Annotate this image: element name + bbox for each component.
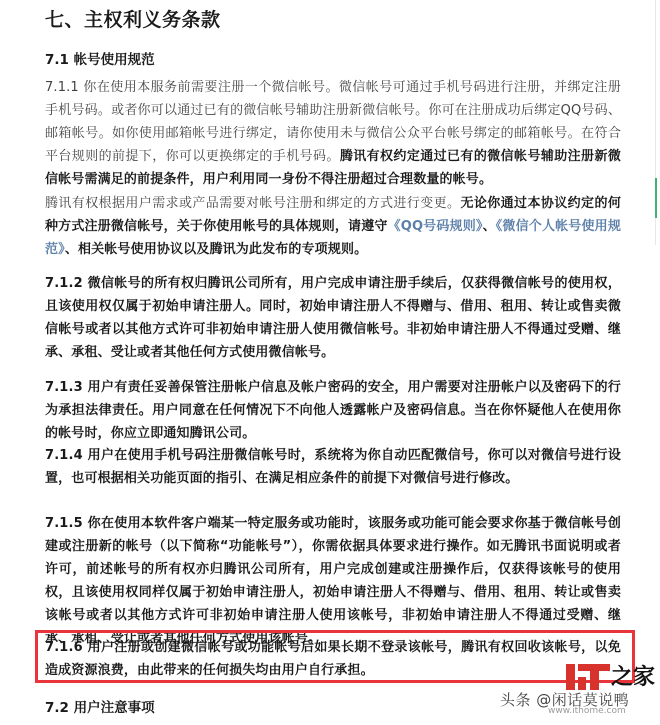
link-separator: 、 [483, 219, 496, 234]
account-change-text: 腾讯有权根据用户需求或产品需要对帐号注册和绑定的方式进行变更。 [45, 196, 460, 211]
subsection-heading-7-2: 7.2 用户注意事项 [45, 696, 155, 716]
calligraphy-mark-icon: 之家 [611, 660, 655, 691]
scrollbar-thumb[interactable] [655, 178, 657, 218]
clause-7-1-1: 7.1.1 你在使用本服务前需要注册一个微信帐号。微信帐号可通过手机号码进行注册… [45, 76, 621, 191]
qq-number-rules-link[interactable]: 《QQ号码规则》 [388, 219, 483, 234]
clause-7-1-2: 7.1.2 微信帐号的所有权归腾讯公司所有，用户完成申请注册手续后，仅获得微信帐… [45, 272, 621, 364]
subsection-heading-7-1: 7.1 帐号使用规范 [45, 48, 155, 68]
clause-7-1-3: 7.1.3 用户有责任妥善保管注册帐户信息及帐户密码的安全，用户需要对注册帐户以… [45, 376, 621, 445]
section-title: 七、主权利义务条款 [45, 5, 221, 32]
clause-7-1-6: 7.1.6 用户注册或创建微信帐号或功能帐号后如果长期不登录该帐号，腾讯有权回收… [45, 636, 621, 682]
watermark-site: www.ithome.com [548, 706, 626, 716]
ithome-logo-icon [566, 664, 610, 690]
clause-7-1-4: 7.1.4 用户在使用手机号码注册微信帐号时，系统将为你自动匹配微信号，你可以对… [45, 444, 621, 490]
paragraph-account-change: 腾讯有权根据用户需求或产品需要对帐号注册和绑定的方式进行变更。无论你通过本协议约… [45, 192, 621, 261]
agreement-page: 七、主权利义务条款 7.1 帐号使用规范 7.1.1 你在使用本服务前需要注册一… [0, 0, 660, 725]
account-change-bold-b: 、相关帐号使用协议以及腾讯为此发布的专项规则。 [65, 242, 367, 257]
